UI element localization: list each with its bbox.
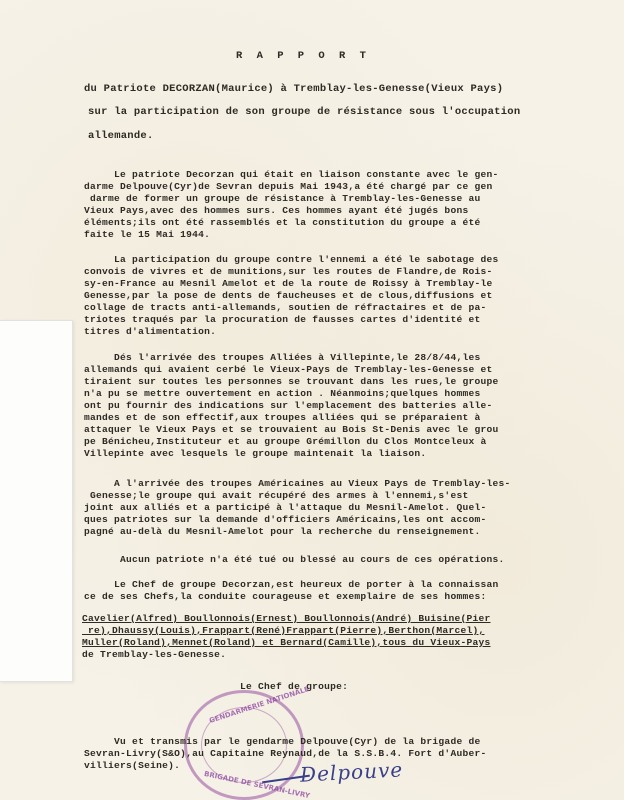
- text-line: darme de former un groupe de résistance …: [84, 193, 480, 205]
- text-line: collage de tracts anti-allemands, soutie…: [84, 302, 486, 314]
- text-line: n'a pu se mettre ouvertement en action .…: [84, 388, 480, 400]
- text-line: Genesse,par la pose de dents de faucheus…: [84, 290, 493, 302]
- paragraph-5: Aucun patriote n'a été tué ou blessé au …: [84, 554, 505, 566]
- names-line: de Tremblay-les-Genesse.: [82, 649, 226, 661]
- text-line: allemands qui avaient cerbé le Vieux-Pay…: [84, 364, 493, 376]
- blank-margin-panel: [0, 320, 73, 682]
- text-line: Vu et transmis par le gendarme Delpouve(…: [84, 736, 480, 748]
- text-line: Sevran-Livry(S&O),au Capitaine Reynaud,d…: [84, 748, 486, 760]
- header-line-1: du Patriote DECORZAN(Maurice) à Tremblay…: [84, 83, 503, 95]
- document-title: R A P P O R T: [236, 50, 370, 62]
- text-line: attaquer le Vieux Pays et se trouvaient …: [84, 424, 499, 436]
- text-line: villiers(Seine).: [84, 760, 180, 772]
- text-line: sy-en-France au Mesnil Amelot et de la r…: [84, 278, 493, 290]
- text-line: ce de ses Chefs,la conduite courageuse e…: [84, 591, 486, 603]
- text-line: Vieux Pays,avec des hommes surs. Ces hom…: [84, 205, 468, 217]
- names-line: re),Dhaussy(Louis),Frappart(René)Frappar…: [82, 625, 484, 637]
- header-line-2: sur la participation de son groupe de ré…: [88, 106, 520, 118]
- names-line: Cavelier(Alfred) Boullonnois(Ernest) Bou…: [82, 613, 491, 625]
- text-line: mandes et de son effectif,aux troupes al…: [84, 412, 480, 424]
- header-line-3: allemande.: [88, 130, 154, 142]
- text-line: convois de vivres et de munitions,sur le…: [84, 266, 493, 278]
- text-line: tiraient sur toutes les personnes se tro…: [84, 376, 499, 388]
- text-line: joint aux alliés et a participé à l'atta…: [84, 502, 486, 514]
- text-line: Le patriote Decorzan qui était en liaiso…: [84, 169, 499, 181]
- text-line: Genesse;le groupe qui avait récupéré des…: [84, 490, 468, 502]
- text-line: pe Bénicheu,Instituteur et au groupe Gré…: [84, 436, 486, 448]
- text-line: Dés l'arrivée des troupes Alliées à Vill…: [84, 352, 480, 364]
- text-line: La participation du groupe contre l'enne…: [84, 254, 499, 266]
- text-line: faite le 15 Mai 1944.: [84, 229, 210, 241]
- text-line: ques patriotes sur la demande d'officier…: [84, 514, 486, 526]
- text-line: A l'arrivée des troupes Américaines au V…: [84, 478, 511, 490]
- names-line: Muller(Roland),Mennet(Roland) et Bernard…: [82, 637, 491, 649]
- text-line: titres d'alimentation.: [84, 326, 216, 338]
- text-line: darme Delpouve(Cyr)de Sevran depuis Mai …: [84, 181, 493, 193]
- text-line: Villepinte avec lesquels le groupe maint…: [84, 448, 426, 460]
- text-line: Le Chef de groupe Decorzan,est heureux d…: [84, 579, 499, 591]
- text-line: ont pu fournir des indications sur l'emp…: [84, 400, 493, 412]
- text-line: triotes traqués par la procuration de fa…: [84, 314, 480, 326]
- text-line: éléments;ils ont été rassemblés et la co…: [84, 217, 480, 229]
- text-line: pagné au-delà du Mesnil-Amelot pour la r…: [84, 526, 480, 538]
